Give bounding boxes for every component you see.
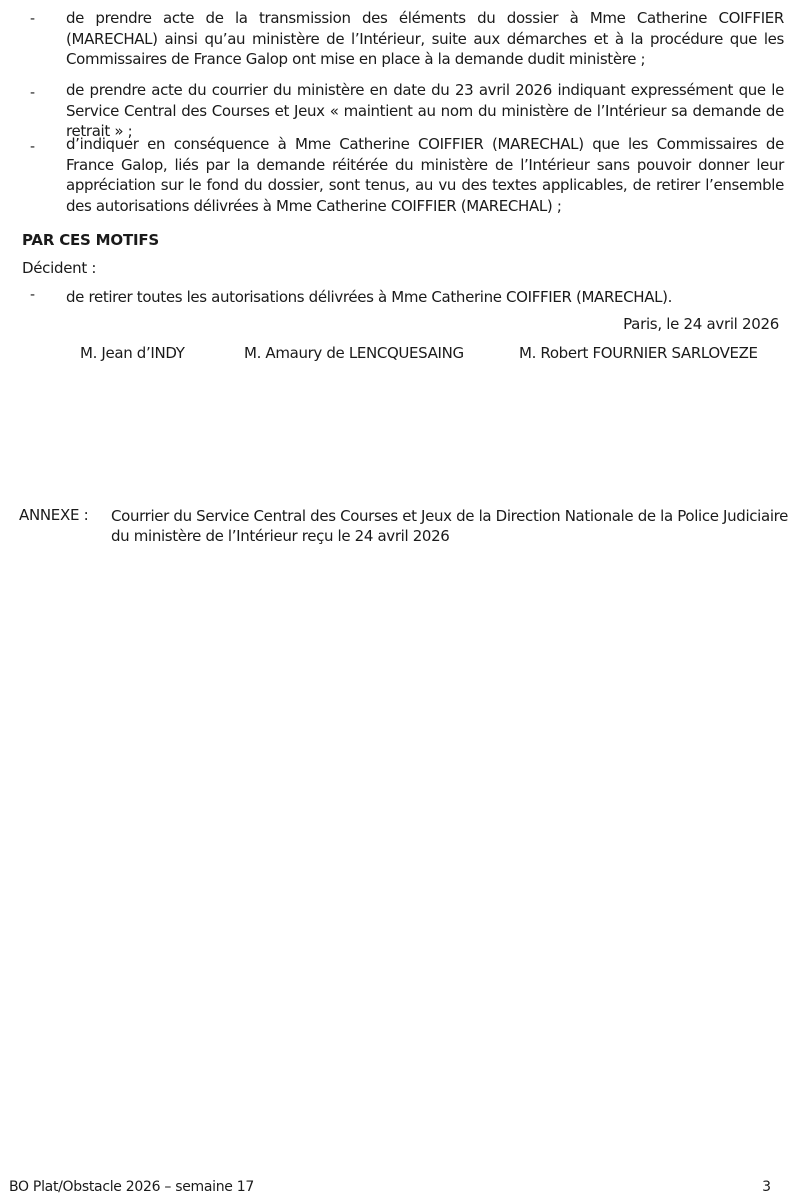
signatory: M. Robert FOURNIER SARLOVEZE <box>519 344 758 362</box>
bullet-dash: - <box>30 287 35 303</box>
consideration-text: d’indiquer en conséquence à Mme Catherin… <box>66 134 784 216</box>
page-number: 3 <box>762 1179 771 1195</box>
consideration-text: de prendre acte de la transmission des é… <box>66 8 784 70</box>
bullet-dash: - <box>30 139 35 155</box>
signatory: M. Jean d’INDY <box>80 344 185 362</box>
place-date: Paris, le 24 avril 2026 <box>623 315 779 333</box>
document-page: - de prendre acte de la transmission des… <box>0 0 809 1200</box>
bullet-dash: - <box>30 85 35 101</box>
footer-publication: BO Plat/Obstacle 2026 – semaine 17 <box>9 1179 254 1195</box>
annex-label: ANNEXE : <box>19 506 88 524</box>
decision-text: de retirer toutes les autorisations déli… <box>66 287 784 308</box>
decision-label: Décident : <box>22 259 96 277</box>
bullet-dash: - <box>30 11 35 27</box>
consideration-text: de prendre acte du courrier du ministère… <box>66 80 784 142</box>
section-heading: PAR CES MOTIFS <box>22 231 159 249</box>
annex-text: Courrier du Service Central des Courses … <box>111 506 791 546</box>
signatory: M. Amaury de LENCQUESAING <box>244 344 464 362</box>
